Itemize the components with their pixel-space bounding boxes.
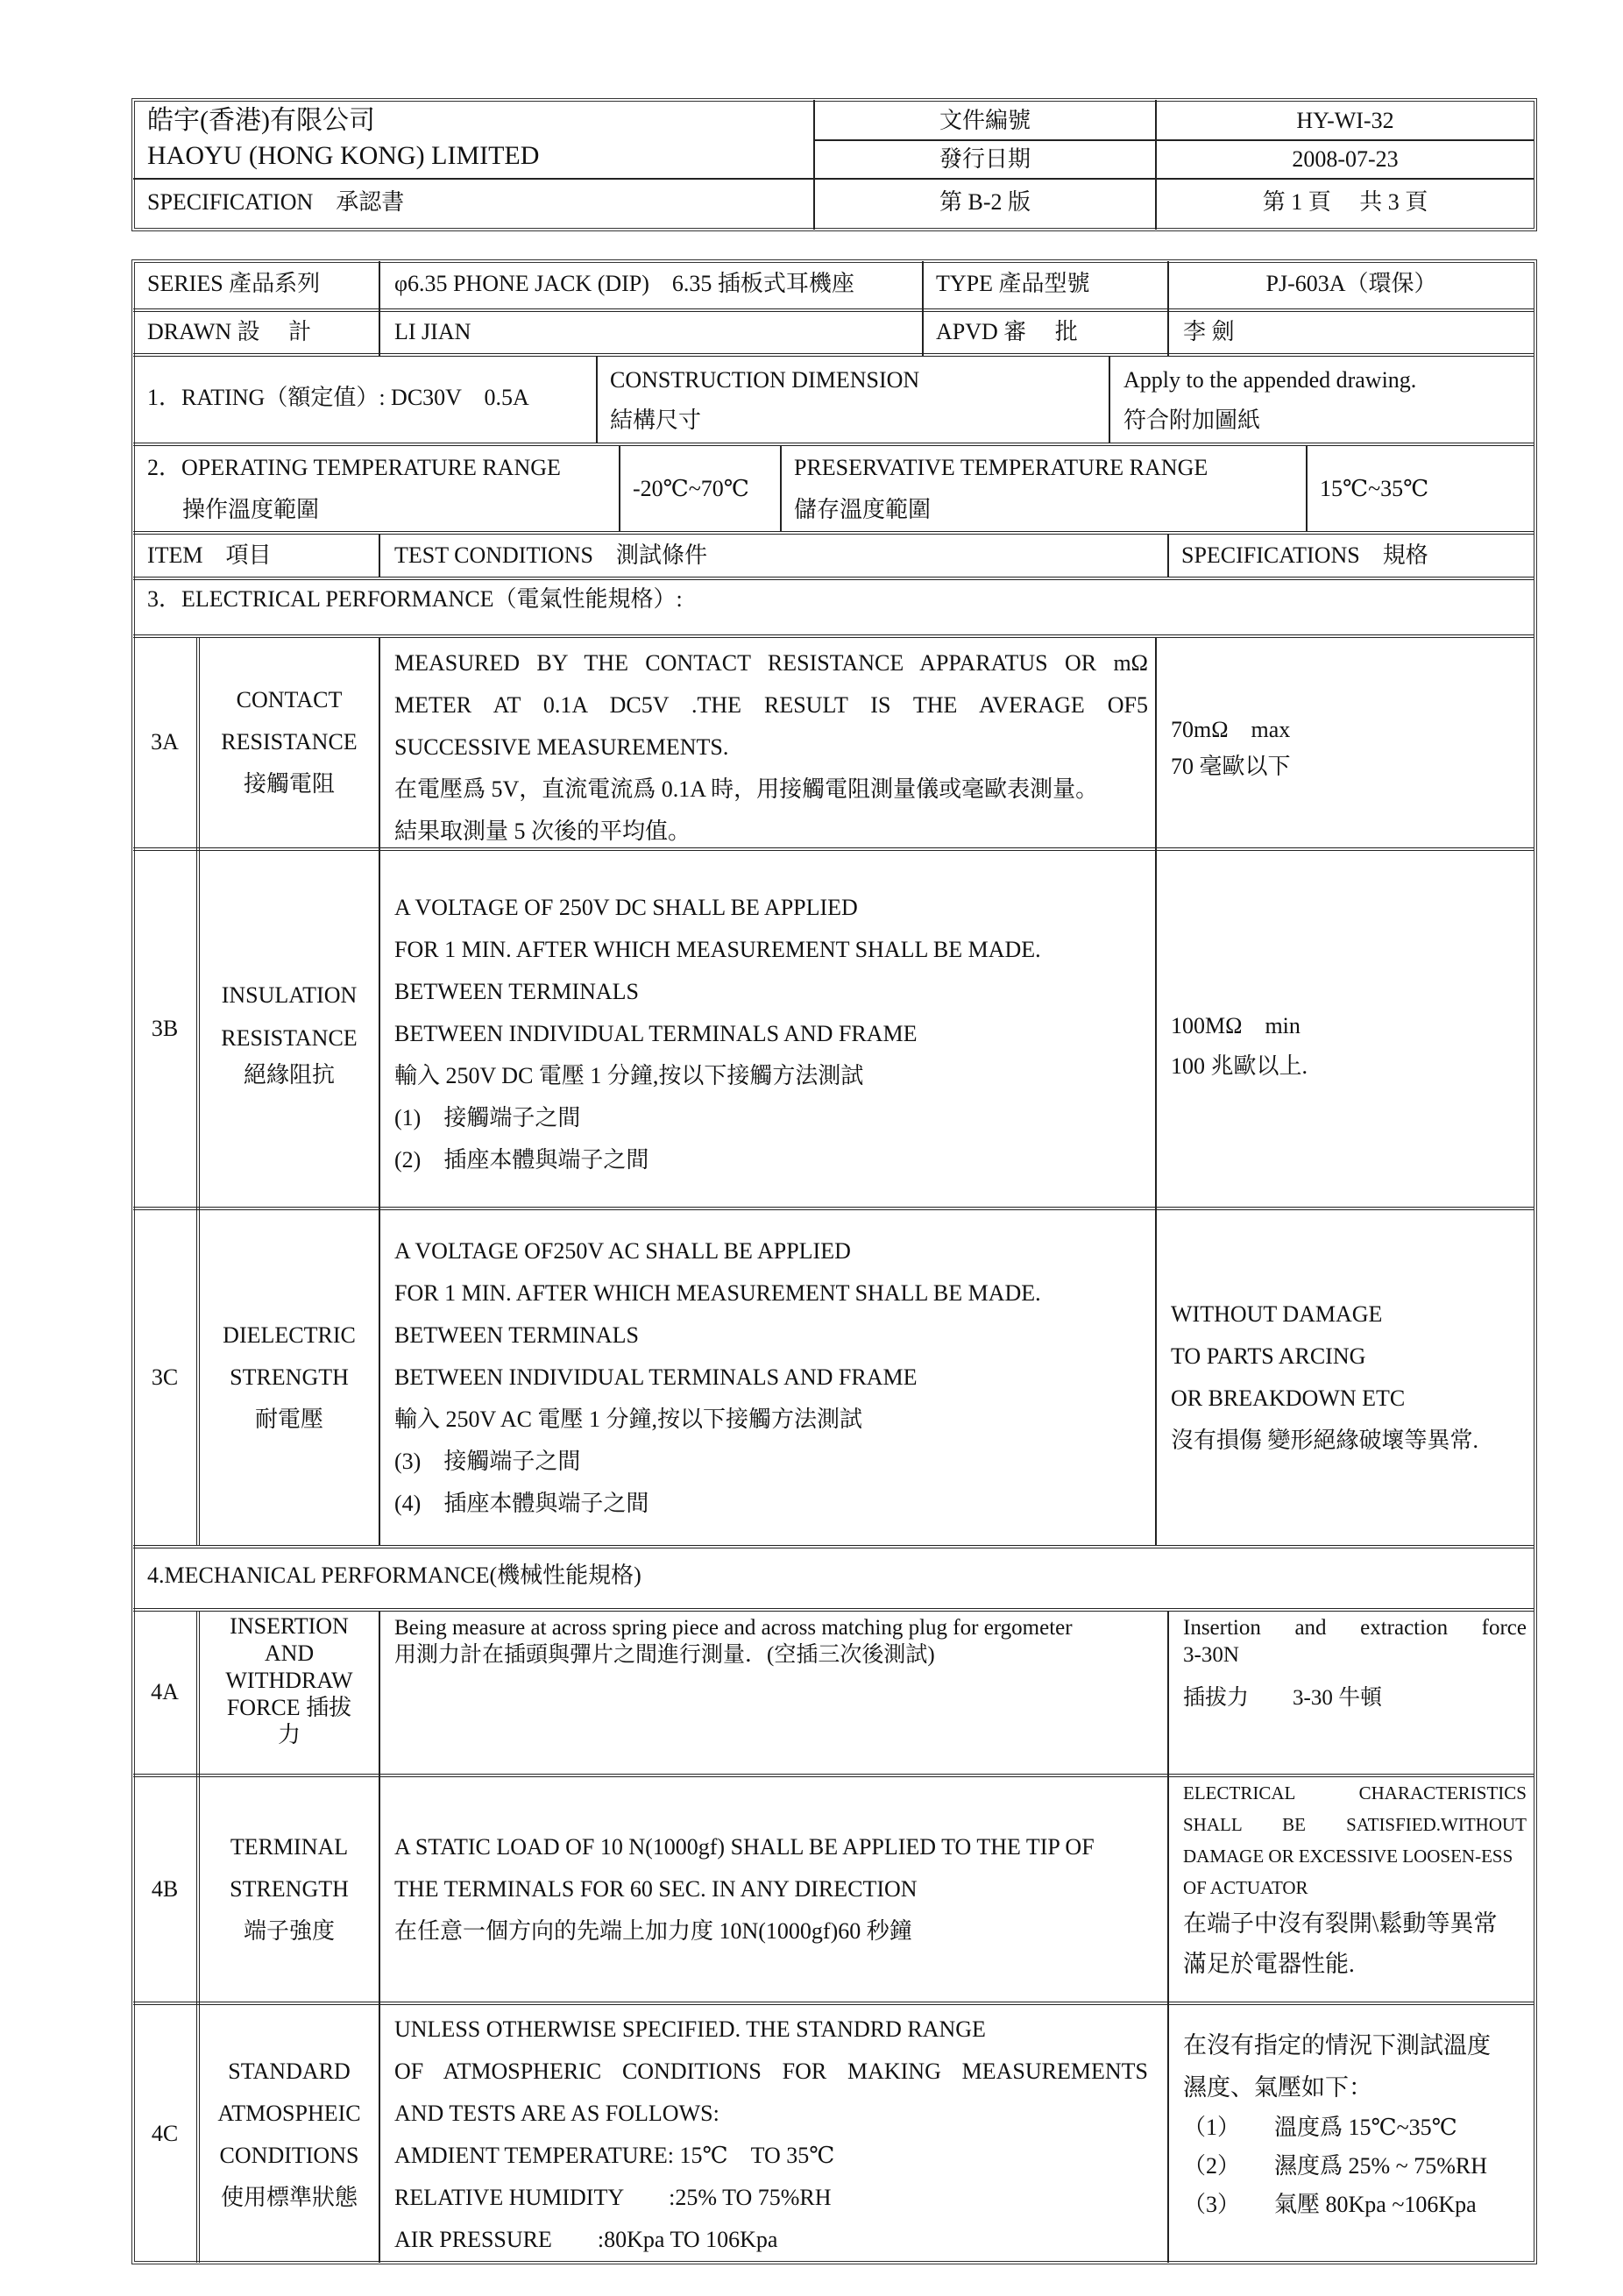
series-value: φ6.35 PHONE JACK (DIP) 6.35 插板式耳機座 (394, 270, 854, 297)
specification-4b: ELECTRICAL CHARACTERISTICS SHALL BE SATI… (1183, 1777, 1527, 1984)
operating-temp-value: -20℃~70℃ (633, 475, 749, 502)
test-conditions-3b: A VOLTAGE OF 250V DC SHALL BE APPLIED FO… (394, 887, 1148, 1181)
operating-temp-label-en: 2．OPERATING TEMPERATURE RANGE (147, 454, 561, 481)
specification-4a: Insertion and extraction force 3-30N 插拔力… (1183, 1614, 1527, 1711)
item-no-4c: 4C (133, 2004, 196, 2263)
type-label: TYPE 產品型號 (936, 270, 1090, 297)
apvd-value: 李 劍 (1183, 318, 1235, 345)
specification-3a: 70mΩ max 70 毫歐以下 (1171, 712, 1291, 785)
item-no-4a: 4A (133, 1611, 196, 1774)
divider (596, 356, 598, 443)
item-name-4b: TERMINAL STRENGTH 端子強度 (200, 1826, 379, 1952)
appended-drawing-cn: 符合附加圖紙 (1123, 407, 1260, 434)
item-name-3a: CONTACT RESISTANCE 接觸電阻 (200, 637, 379, 847)
column-header-specifications: SPECIFICATIONS 規格 (1181, 542, 1428, 569)
divider (133, 1207, 1534, 1210)
doc-no: HY-WI-32 (1157, 107, 1534, 134)
preservative-temp-value: 15℃~35℃ (1320, 475, 1428, 502)
item-name-3c: DIELECTRIC STRENGTH 耐電壓 (200, 1315, 379, 1441)
preservative-temp-label-cn: 儲存溫度範圍 (794, 496, 931, 523)
item-no-4b: 4B (133, 1776, 196, 2002)
divider (133, 531, 1534, 535)
divider (133, 443, 1534, 446)
document-type: SPECIFICATION 承認書 (147, 188, 404, 216)
item-name-4a: INSERTION AND WITHDRAW FORCE 插拔 力 (200, 1612, 379, 1748)
version: 第 B-2 版 (815, 188, 1155, 216)
divider (1155, 637, 1157, 1546)
divider (1167, 1611, 1169, 2263)
item-no-3b: 3B (133, 850, 196, 1208)
divider (133, 353, 1534, 357)
divider (133, 577, 1534, 580)
drawn-value: LI JIAN (394, 318, 471, 345)
construction-label-en: CONSTRUCTION DIMENSION (610, 366, 919, 393)
test-conditions-3a: MEASURED BY THE CONTACT RESISTANCE APPAR… (394, 642, 1148, 853)
divider (1109, 356, 1110, 443)
divider (133, 1545, 1534, 1548)
divider (379, 637, 380, 1546)
divider (133, 847, 1534, 851)
item-no-3c: 3C (133, 1209, 196, 1546)
issue-date: 2008-07-23 (1157, 145, 1534, 173)
divider (1306, 446, 1308, 532)
test-conditions-4c: UNLESS OTHERWISE SPECIFIED. THE STANDRD … (394, 2009, 1148, 2261)
item-name-4c: STANDARD ATMOSPHEIC CONDITIONS 使用標準狀態 (200, 2051, 379, 2219)
test-conditions-4b: A STATIC LOAD OF 10 N(1000gf) SHALL BE A… (394, 1826, 1161, 1952)
divider (133, 1608, 1534, 1612)
test-conditions-4a: Being measure at across spring piece and… (394, 1614, 1161, 1669)
test-conditions-3c: A VOLTAGE OF250V AC SHALL BE APPLIED FOR… (394, 1230, 1148, 1525)
company-name-cn: 皓宇(香港)有限公司 (147, 105, 375, 137)
column-header-item: ITEM 項目 (147, 542, 272, 569)
divider (133, 178, 1534, 180)
type-value: PJ-603A（環保） (1169, 270, 1534, 297)
item-name-3b: INSULATION RESISTANCE 絕緣阻抗 (200, 971, 379, 1094)
divider (1167, 535, 1169, 577)
apvd-label: APVD 審 批 (936, 318, 1078, 345)
preservative-temp-label-en: PRESERVATIVE TEMPERATURE RANGE (794, 454, 1208, 481)
specification-3b: 100MΩ min 100 兆歐以上. (1171, 1006, 1308, 1087)
divider (379, 1611, 380, 2263)
divider (813, 139, 1534, 141)
item-no-3a: 3A (133, 637, 196, 847)
specification-3c: WITHOUT DAMAGE TO PARTS ARCING OR BREAKD… (1171, 1293, 1478, 1462)
column-header-test-conditions: TEST CONDITIONS 測試條件 (394, 542, 707, 569)
divider (133, 308, 1534, 312)
drawn-label: DRAWN 設 計 (147, 318, 311, 345)
divider (379, 535, 380, 577)
specification-4c: 在沒有指定的情況下測試溫度 濕度、氣壓如下： （1） 溫度爲 15℃~35℃ （… (1183, 2024, 1491, 2224)
doc-no-label: 文件編號 (815, 107, 1155, 134)
rating: 1．RATING（額定值）: DC30V 0.5A (147, 384, 529, 411)
divider (133, 2002, 1534, 2005)
divider (619, 446, 620, 532)
appended-drawing-en: Apply to the appended drawing. (1123, 366, 1416, 393)
construction-label-cn: 結構尺寸 (610, 407, 701, 434)
section-mechanical-performance: 4.MECHANICAL PERFORMANCE(機械性能規格) (147, 1562, 641, 1589)
series-label: SERIES 產品系列 (147, 270, 320, 297)
section-electrical-performance: 3．ELECTRICAL PERFORMANCE（電氣性能規格）: (147, 585, 683, 613)
divider (780, 446, 782, 532)
issue-date-label: 發行日期 (815, 145, 1155, 173)
page-count: 第 1 頁 共 3 頁 (1157, 188, 1534, 216)
operating-temp-label-cn: 操作溫度範圍 (182, 496, 319, 523)
company-name-en: HAOYU (HONG KONG) LIMITED (147, 140, 539, 172)
